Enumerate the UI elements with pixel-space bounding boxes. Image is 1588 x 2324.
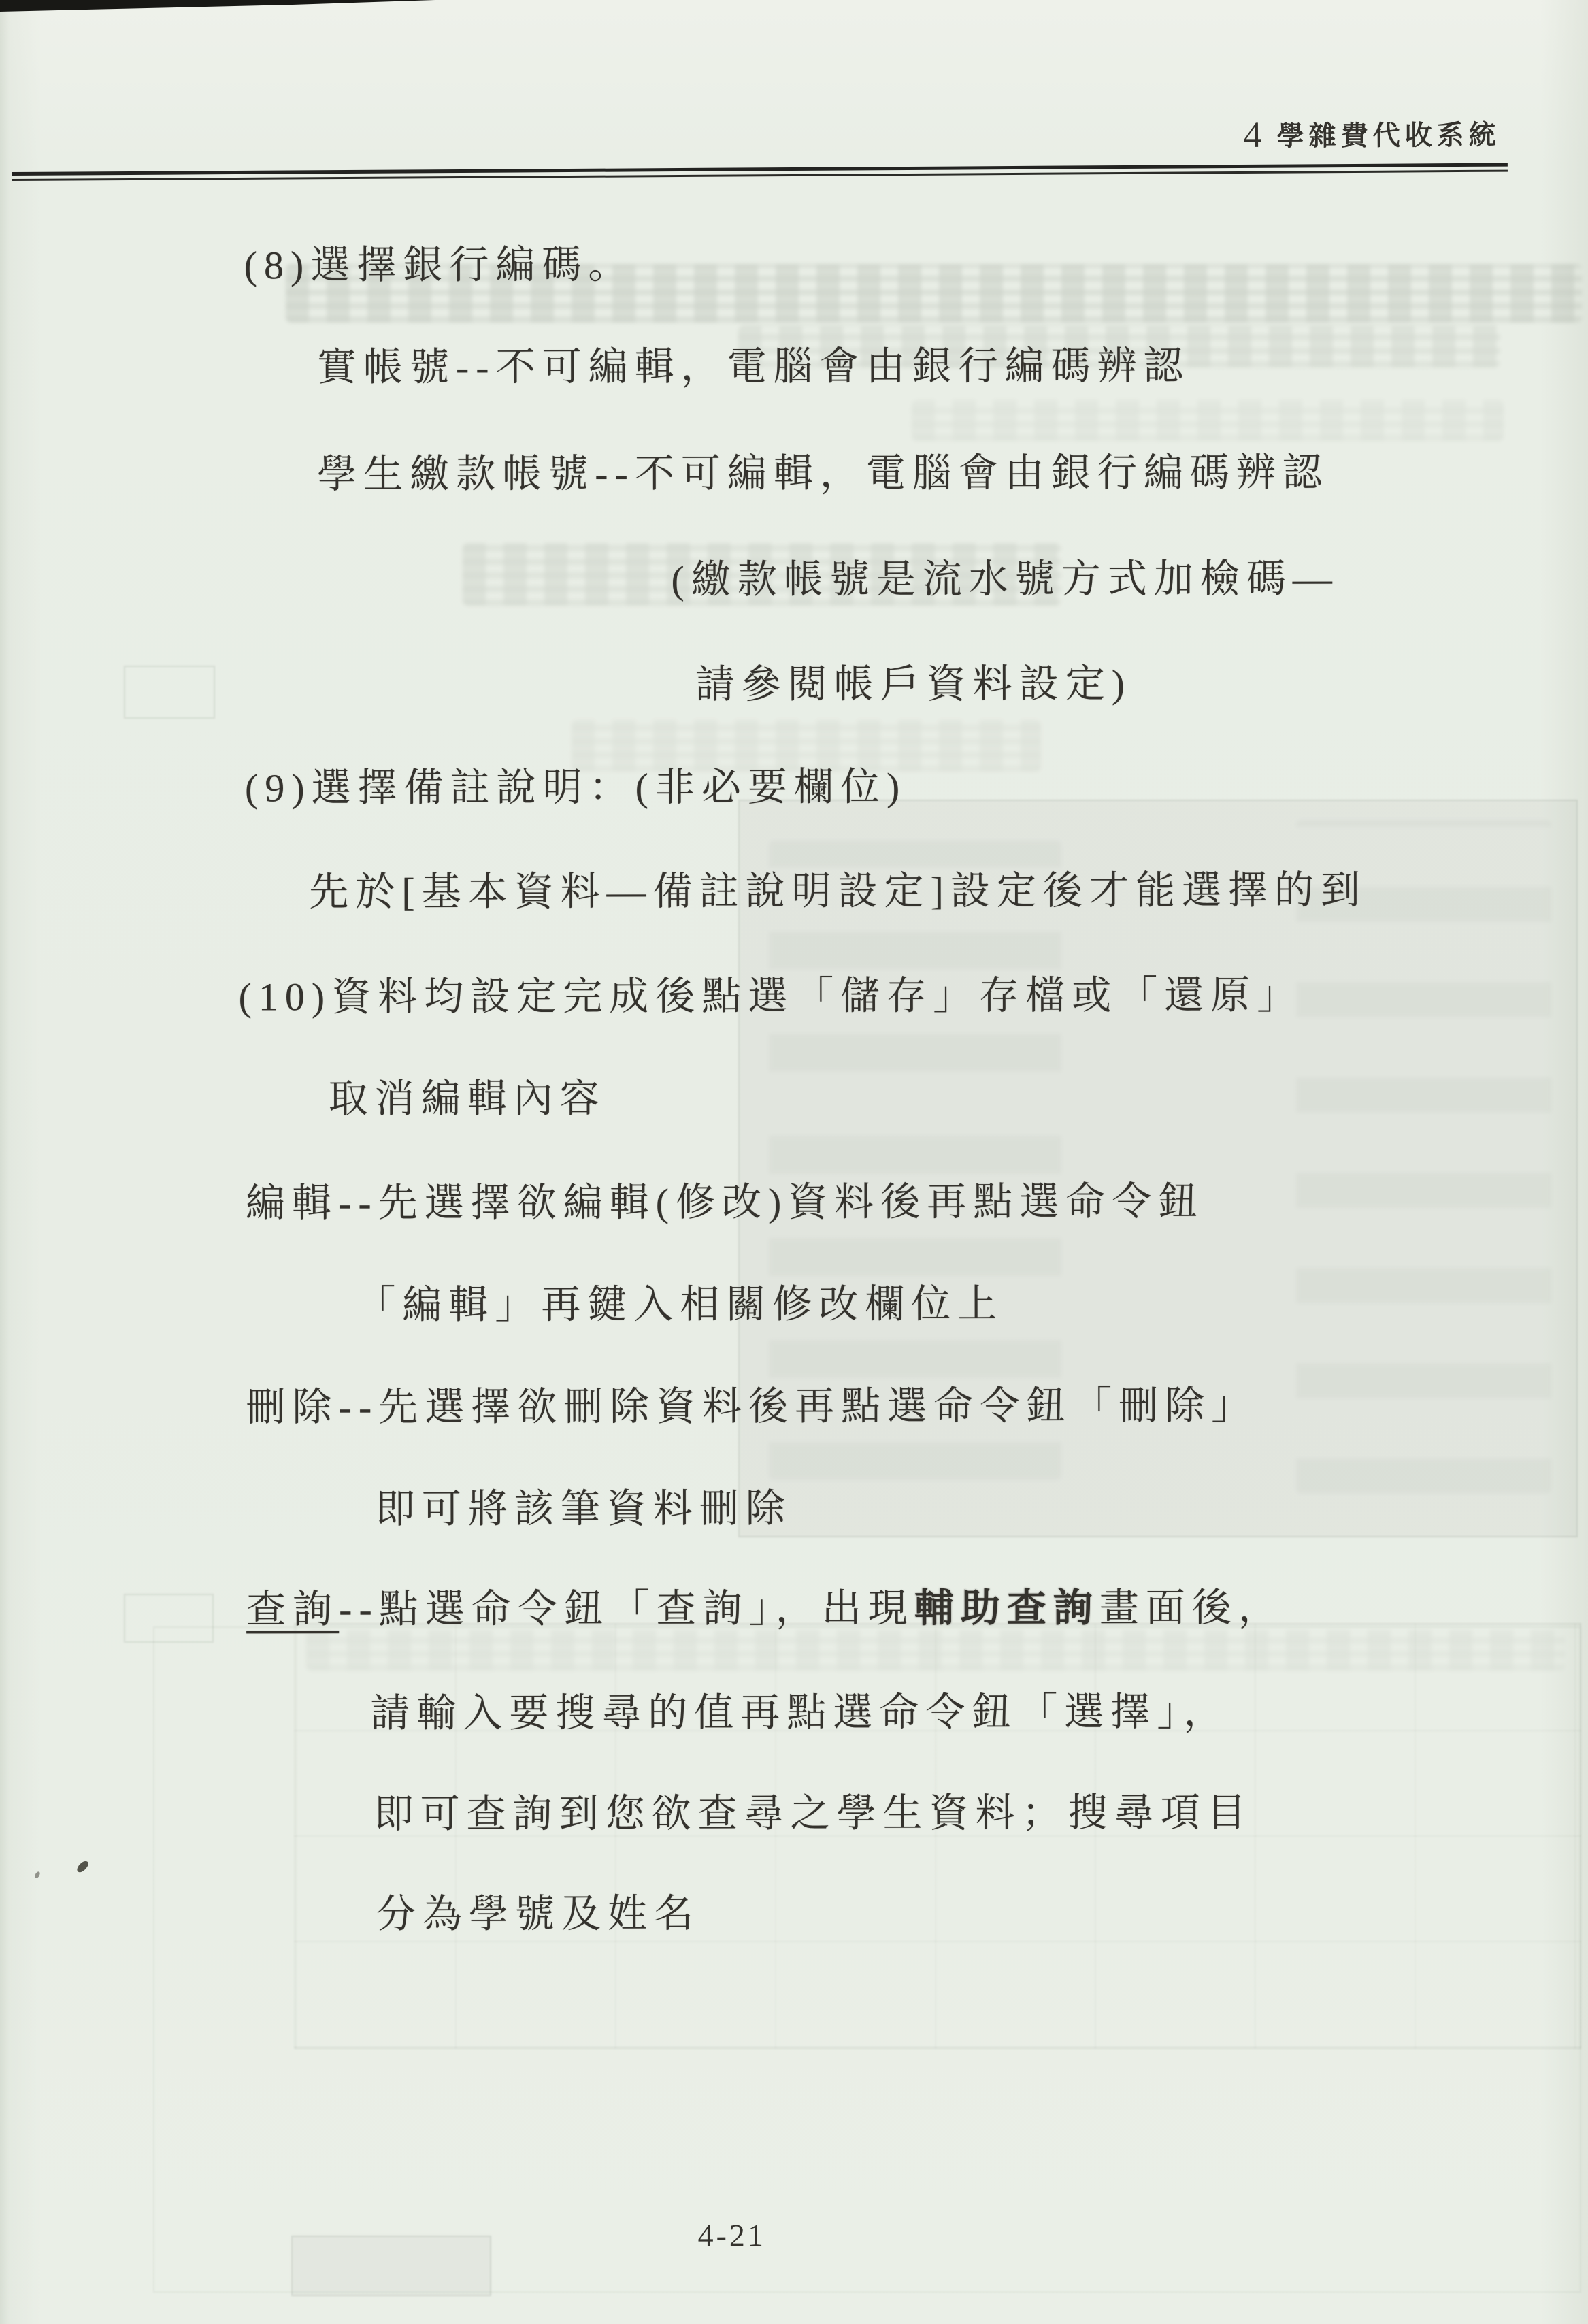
delete-command-line: 刪除--先選擇欲刪除資料後再點選命令鈕「刪除」 (246, 1383, 1258, 1431)
query-line-tail: 畫面後， (1099, 1586, 1285, 1630)
remark-setup-line: 先於[基本資料—備註說明設定]設定後才能選擇的到 (309, 868, 1367, 916)
real-account-line: 實帳號--不可編輯，電腦會由銀行編碼辨認 (317, 343, 1190, 391)
scanned-manual-page: 4 學雜費代收系統 (8)選擇銀行編碼。 實帳號--不可編輯，電腦會由銀行編碼辨… (0, 0, 1588, 2324)
serial-note-line: (繳款帳號是流水號方式加檢碼— (671, 556, 1338, 604)
query-line-middle: --點選命令鈕「查詢」，出現 (339, 1586, 914, 1631)
step-10-line: (10)資料均設定完成後點選「儲存」存檔或「還原」 (238, 972, 1303, 1021)
assist-query-bold: 輔助查詢 (914, 1586, 1099, 1630)
search-result-line: 即可查詢到您欲查尋之學生資料；搜尋項目 (374, 1790, 1253, 1838)
student-account-line: 學生繳款帳號--不可編輯，電腦會由銀行編碼辨認 (317, 450, 1329, 498)
refer-account-line: 請參閱帳戶資料設定) (695, 661, 1131, 708)
search-fields-line: 分為學號及姓名 (376, 1891, 700, 1937)
edit-continue-line: 「編輯」再鍵入相關修改欄位上 (356, 1281, 1004, 1328)
edit-command-line: 編輯--先選擇欲編輯(修改)資料後再點選命令鈕 (246, 1179, 1204, 1227)
query-term-underlined: 查詢 (246, 1587, 339, 1631)
search-input-line: 請輸入要搜尋的值再點選命令鈕「選擇」， (370, 1689, 1229, 1737)
page-number: 4-21 (596, 2217, 868, 2254)
step-8-line: (8)選擇銀行編碼。 (244, 242, 635, 289)
step-9-line: (9)選擇備註說明：(非必要欄位) (245, 764, 906, 812)
page-body: (8)選擇銀行編碼。 實帳號--不可編輯，電腦會由銀行編碼辨認 學生繳款帳號--… (0, 0, 1588, 2324)
cancel-edit-line: 取消編輯內容 (329, 1075, 606, 1122)
delete-result-line: 即可將該筆資料刪除 (376, 1486, 792, 1533)
query-command-line: 查詢--點選命令鈕「查詢」，出現輔助查詢畫面後， (246, 1585, 1285, 1633)
